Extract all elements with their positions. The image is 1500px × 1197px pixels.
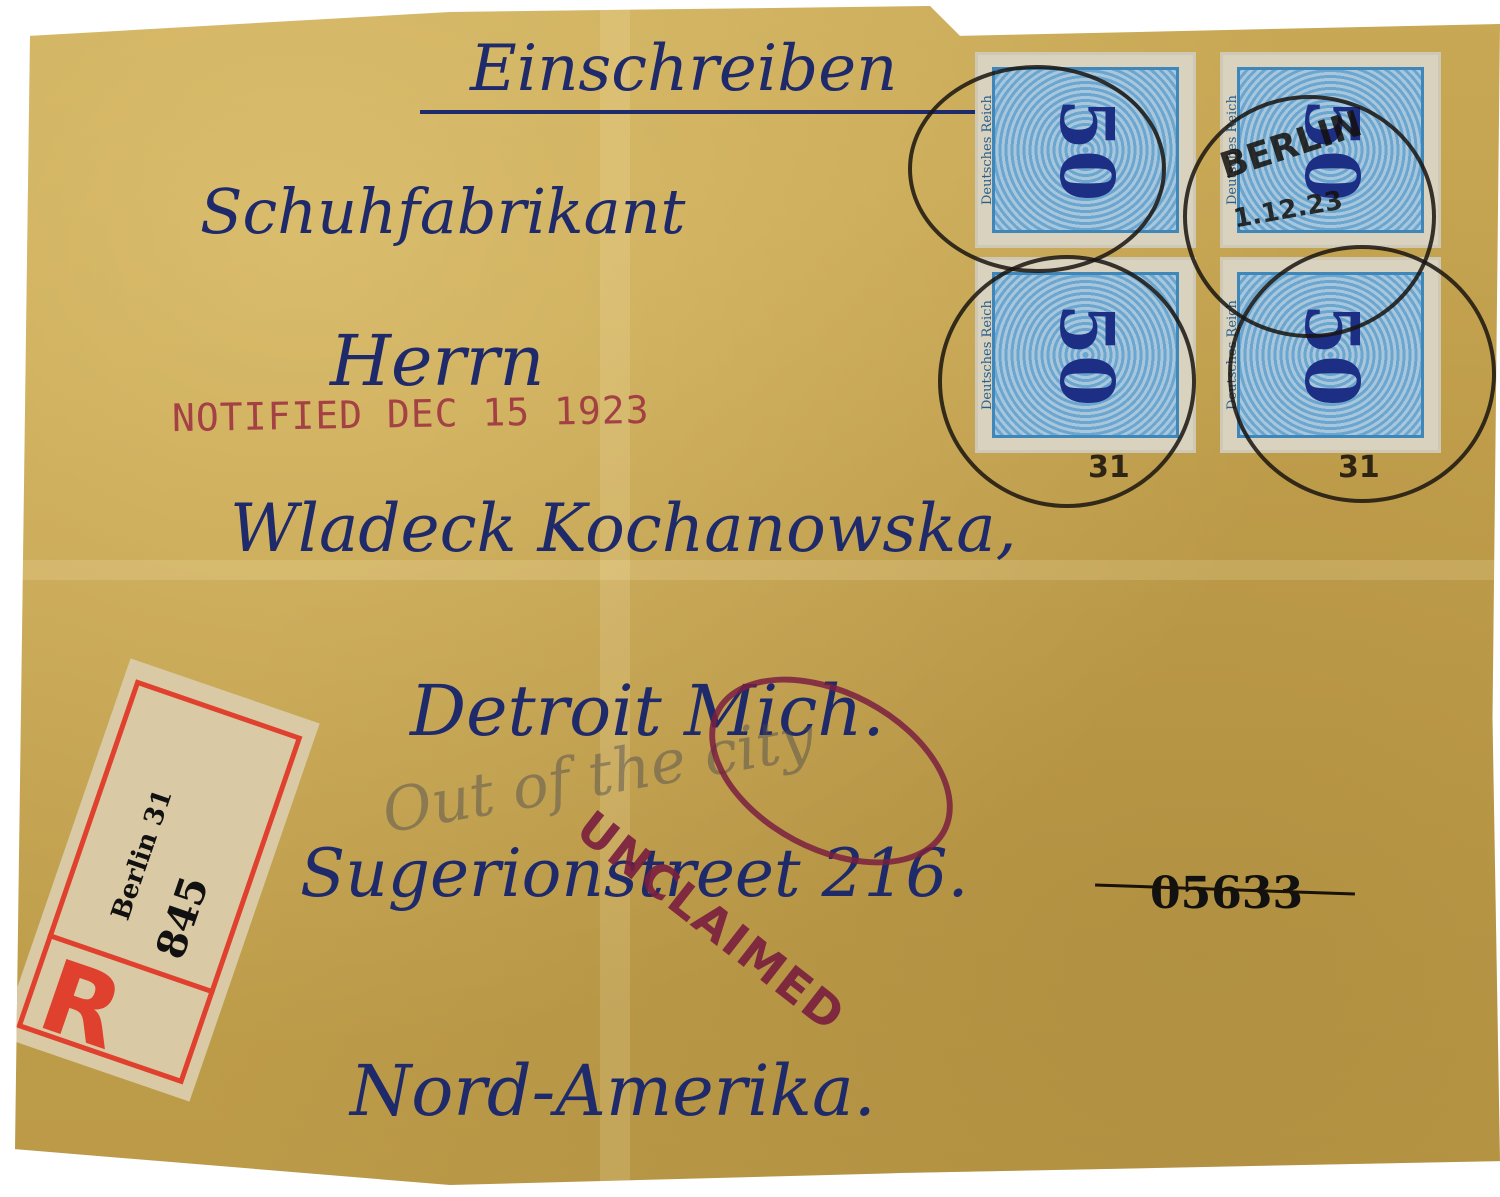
heading-underline [420,110,980,114]
recipient-title: Schuhfabrikant [200,175,685,248]
postmark-office: 31 [1338,450,1380,485]
postmark-office: 31 [1088,450,1130,485]
recipient-name: Wladeck Kochanowska, [230,490,1017,567]
notified-handstamp: NOTIFIED DEC 15 1923 [172,388,650,440]
registration-label: R Berlin 31 845 [0,658,319,1101]
postage-stamp-block: Deutsches Reich 50 Deutsches Reich 50 De… [978,55,1448,450]
struck-number: 05633 [1150,868,1303,919]
heading-einschreiben: Einschreiben [470,32,897,106]
postmark-cancel [908,65,1166,273]
recipient-country: Nord-Amerika. [350,1050,876,1132]
postmark-cancel [938,255,1196,508]
envelope: Einschreiben Schuhfabrikant Herrn NOTIFI… [0,0,1500,1197]
